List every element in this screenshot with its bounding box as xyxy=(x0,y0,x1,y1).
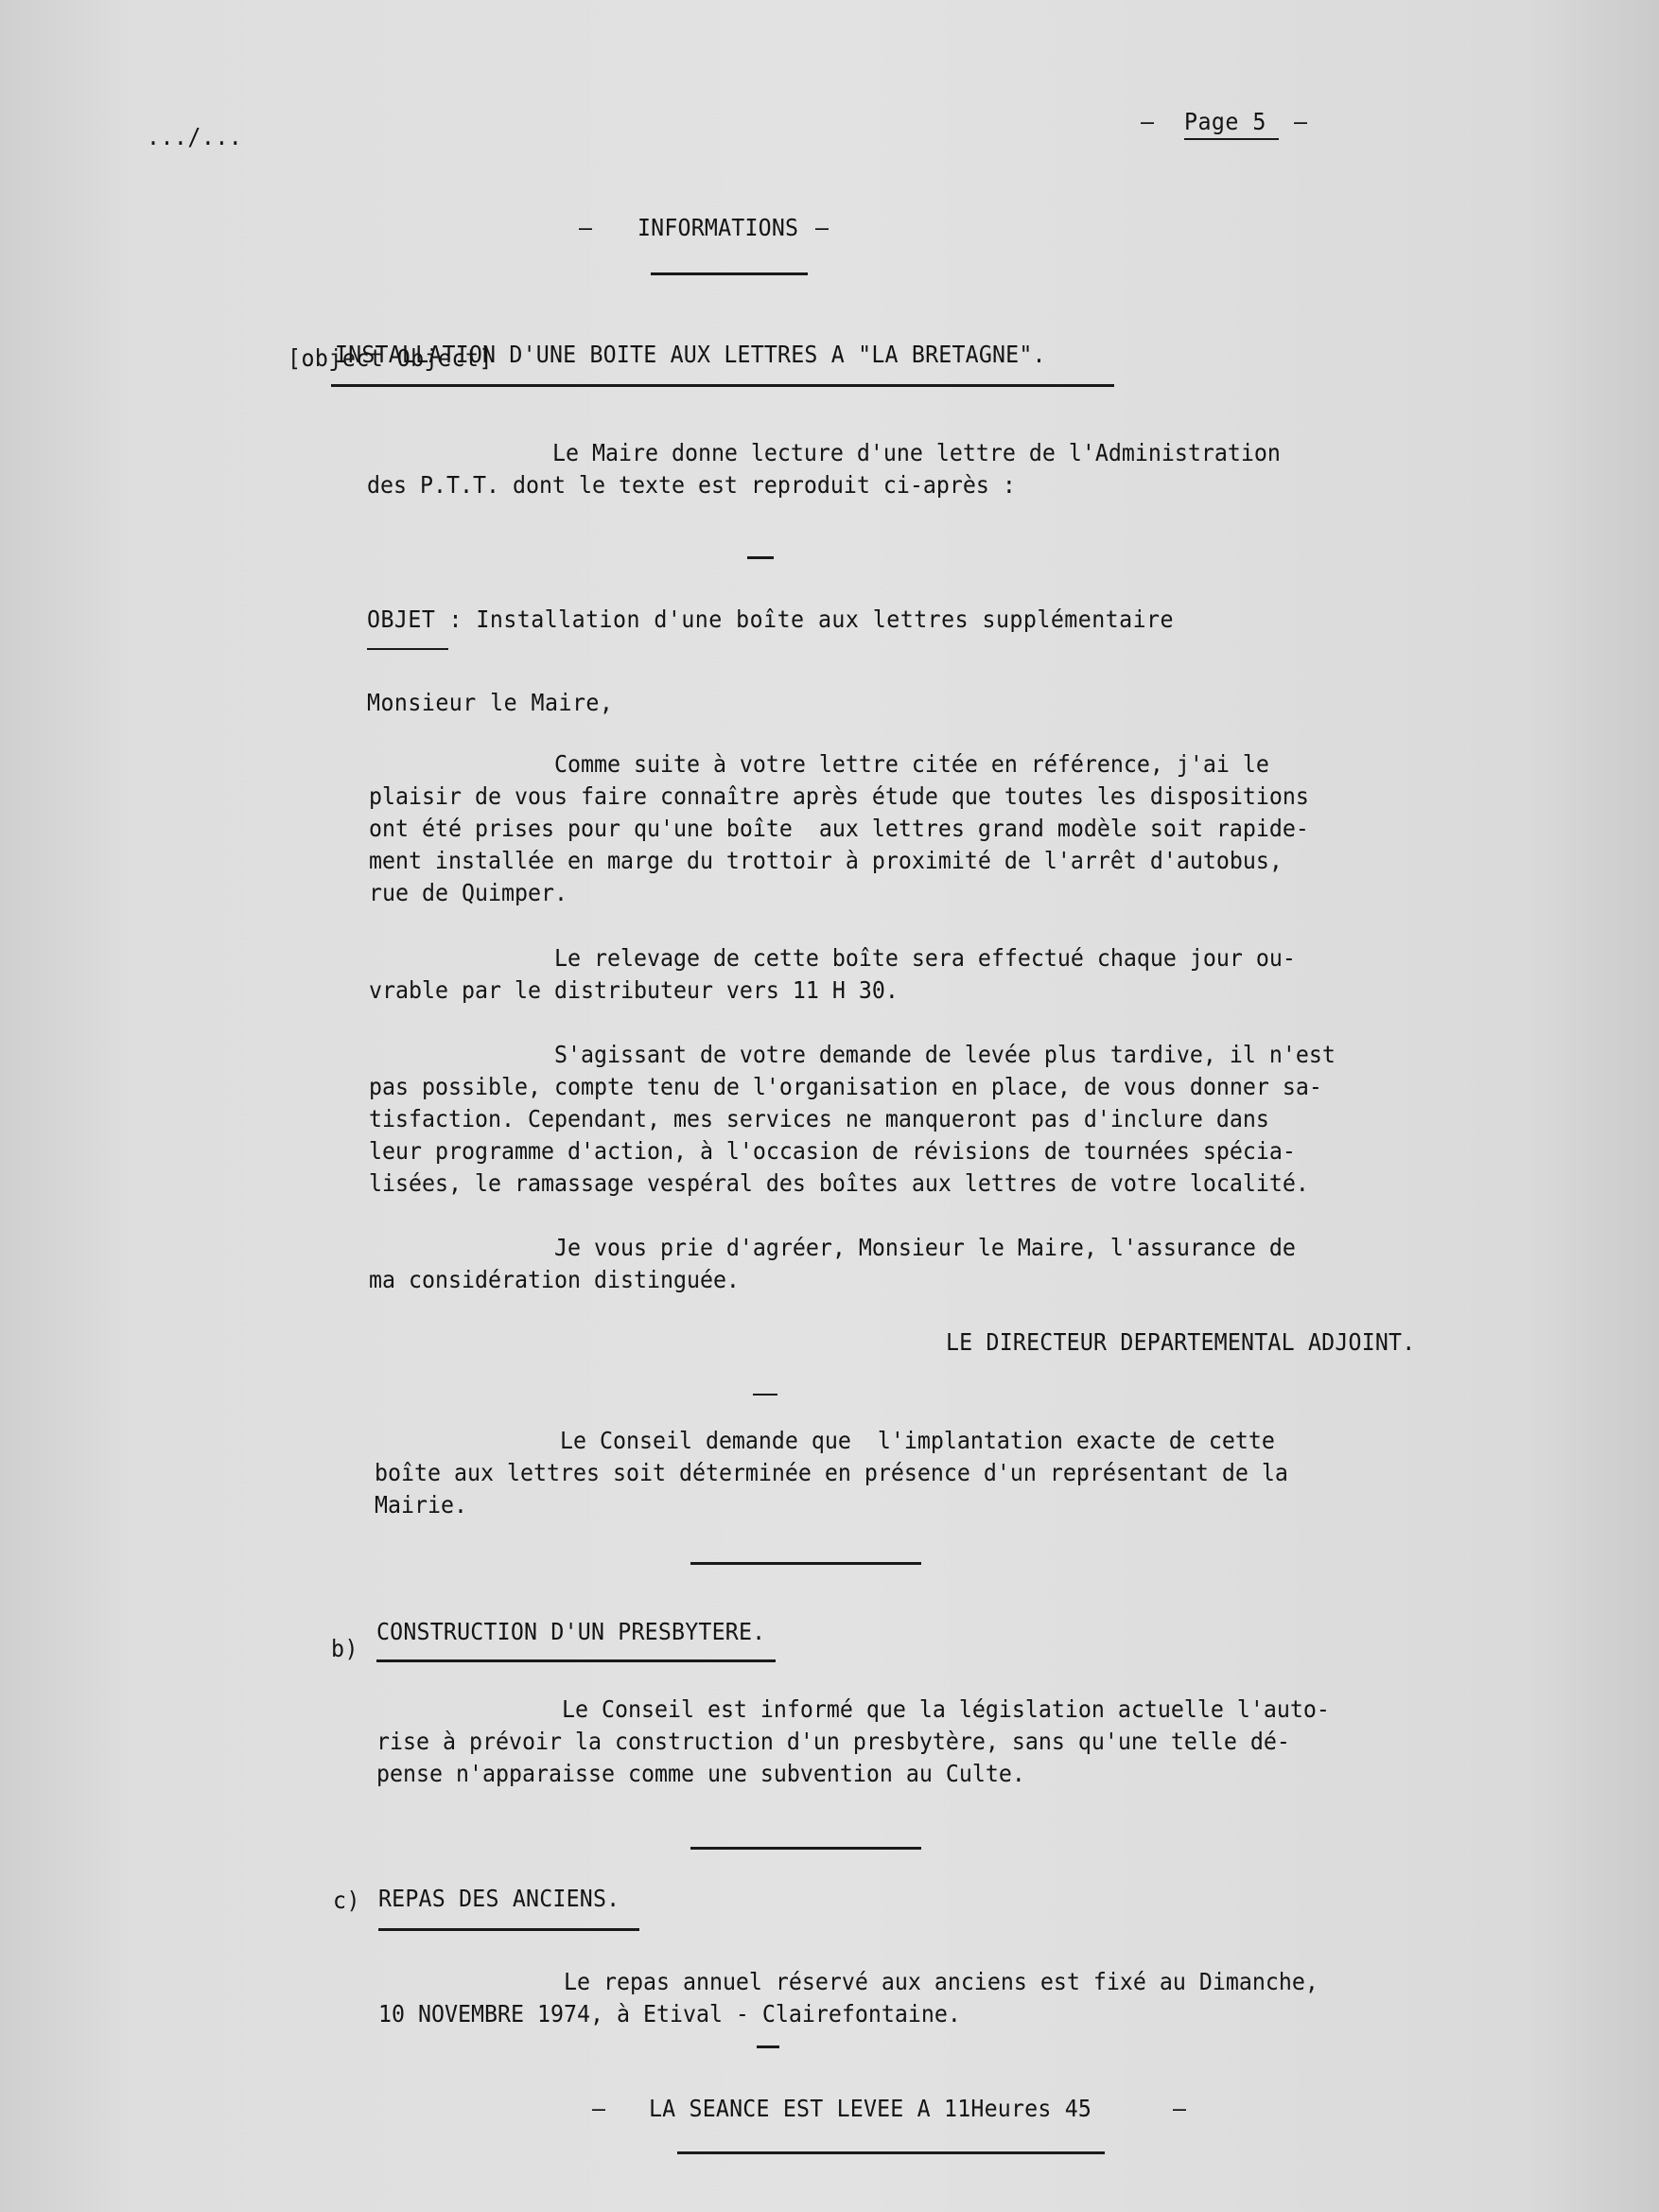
section-divider xyxy=(690,1847,921,1850)
closing-underline xyxy=(677,2151,1105,2154)
document-page: .../... — Page 5 — — INFORMATIONS — [obj… xyxy=(0,0,1659,2212)
objet-underline xyxy=(367,648,448,650)
closing-statement: LA SEANCE EST LEVEE A 11Heures 45 xyxy=(649,2093,1091,2125)
closing-dash-left: — xyxy=(592,2093,605,2125)
title-dash-left: — xyxy=(579,212,592,244)
page-title: INFORMATIONS xyxy=(637,212,798,244)
letter-signature: LE DIRECTEUR DEPARTEMENTAL ADJOINT. xyxy=(946,1326,1415,1359)
letter-paragraph-2: Le relevage de cette boîte sera effectué… xyxy=(369,942,1381,1007)
section-c-heading-underline xyxy=(378,1928,639,1931)
page-number: Page 5 xyxy=(1184,106,1266,138)
section-b-heading-underline xyxy=(376,1659,776,1662)
page-number-underline xyxy=(1184,138,1279,140)
page-dash-left: — xyxy=(1141,106,1154,138)
section-c-body: Le repas annuel réservé aux anciens est … xyxy=(378,1966,1390,2030)
separator-dash xyxy=(753,1394,777,1396)
objet-label: OBJET xyxy=(367,604,435,636)
closing-dash-right: — xyxy=(1173,2093,1186,2125)
letter-paragraph-4: Je vous prie d'agréer, Monsieur le Maire… xyxy=(369,1232,1381,1296)
separator-dash xyxy=(747,556,774,559)
page-dash-right: — xyxy=(1294,106,1307,138)
letter-paragraph-1: Comme suite à votre lettre citée en réfé… xyxy=(369,748,1381,909)
objet-text: : Installation d'une boîte aux lettres s… xyxy=(435,604,1174,636)
title-dash-right: — xyxy=(815,212,829,244)
letter-paragraph-3: S'agissant de votre demande de levée plu… xyxy=(369,1039,1381,1200)
section-c-heading: REPAS DES ANCIENS. xyxy=(378,1883,620,1915)
section-divider xyxy=(690,1562,921,1565)
continuation-mark: .../... xyxy=(147,121,242,153)
section-b-heading: CONSTRUCTION D'UN PRESBYTERE. xyxy=(376,1616,765,1648)
section-b-letter: b) xyxy=(331,1633,358,1665)
title-underline xyxy=(651,272,808,275)
section-b-body: Le Conseil est informé que la législatio… xyxy=(376,1694,1388,1790)
section-a-conclusion: Le Conseil demande que l'implantation ex… xyxy=(375,1425,1387,1521)
separator-dash xyxy=(757,2045,779,2048)
section-a-heading: INSTALLATION D'UNE BOITE AUX LETTRES A "… xyxy=(335,339,1046,371)
letter-salutation: Monsieur le Maire, xyxy=(367,687,613,719)
section-a-intro: Le Maire donne lecture d'une lettre de l… xyxy=(367,437,1379,501)
section-a-heading-underline xyxy=(331,384,1114,387)
section-c-letter: c) xyxy=(333,1885,360,1917)
